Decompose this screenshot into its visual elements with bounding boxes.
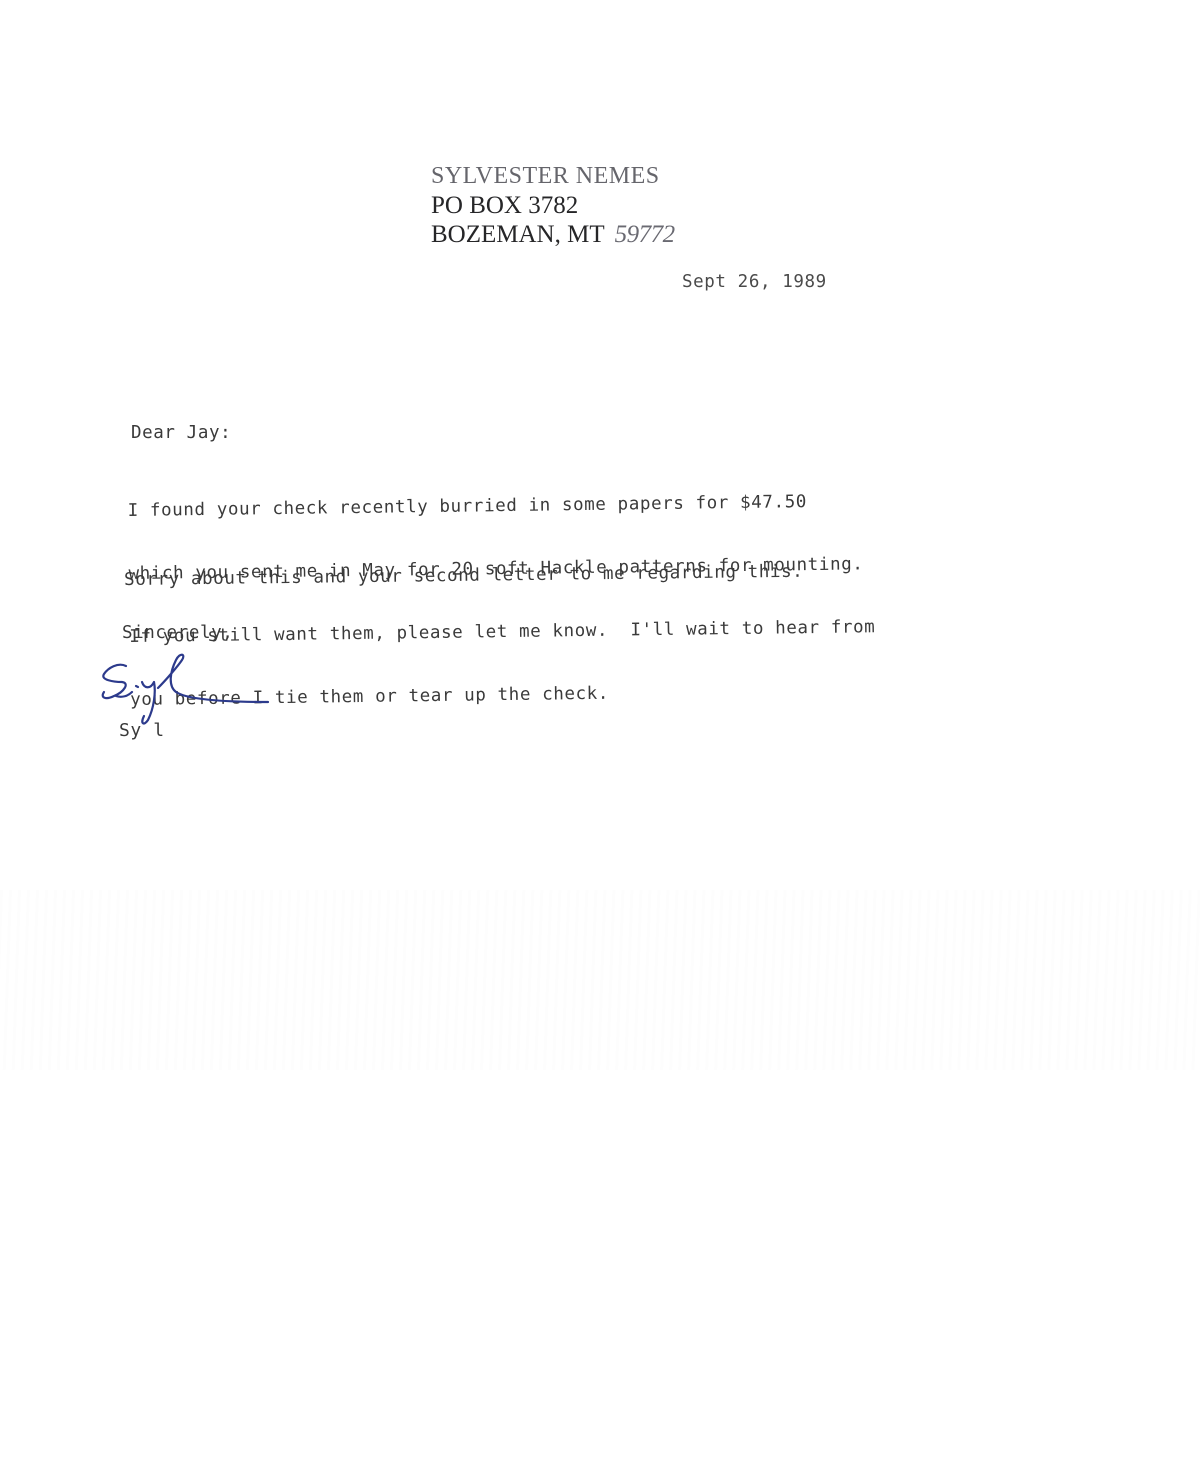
closing: Sincerely, [122, 623, 233, 643]
paper-bleed-through [0, 890, 1200, 1070]
letterhead-zip: 59772 [615, 221, 675, 248]
letterhead-po-box: PO BOX 3782 [431, 191, 675, 220]
letterhead-city-line: BOZEMAN, MT59772 [431, 220, 675, 249]
body-line: I found your check recently burried in s… [128, 491, 874, 522]
letterhead-city-state: BOZEMAN, MT [431, 221, 605, 248]
body-line: If you still want them, please let me kn… [129, 617, 875, 648]
letter-date: Sept 26, 1989 [682, 272, 827, 292]
letterhead-stamp: SYLVESTER NEMES PO BOX 3782 BOZEMAN, MT5… [431, 162, 675, 249]
letter-page: SYLVESTER NEMES PO BOX 3782 BOZEMAN, MT5… [0, 0, 1200, 1471]
handwritten-signature: Syl [96, 652, 276, 742]
letterhead-name: SYLVESTER NEMES [431, 162, 675, 191]
salutation: Dear Jay: [131, 423, 231, 443]
